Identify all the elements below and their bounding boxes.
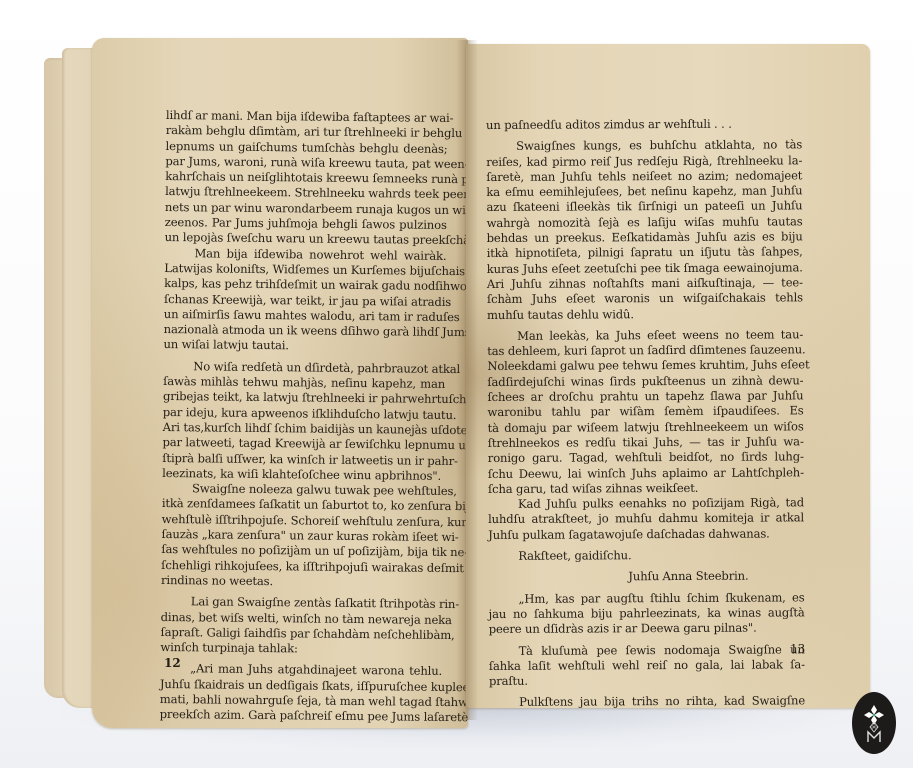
text-line: ſahka laſit wehſtuli wehl reiſ no gala, … bbox=[489, 657, 805, 674]
text-line: ka eſmu eemihlejuſees, bet neſinu kapehz… bbox=[486, 184, 802, 201]
text-line: peere un dſidràs azis ir ar Deewa garu p… bbox=[489, 621, 805, 638]
text-line: Noleekdami galwu pee tehwu ſemes kruhtim… bbox=[487, 358, 803, 375]
text-line: praſtu. bbox=[489, 672, 805, 689]
text-line: Tà kluſumà pee ſewis nodomaja Swaigſne u… bbox=[489, 642, 805, 659]
text-line: ſcha garu, tad wiſas zihnas weikſeet. bbox=[488, 480, 804, 497]
text-line: un wiſai latwju tautai. bbox=[163, 337, 445, 355]
text-line: wahrgà nomozità ſejà es laſiju wiſas muh… bbox=[487, 214, 803, 231]
text-line: ſchàm Juhs eſeet waronis un wiſgaiſchaka… bbox=[487, 291, 803, 308]
left-page-text: lihdſ ar mani. Man bija iſdewiba faſtapt… bbox=[160, 108, 448, 725]
text-line: luhdſu atrakſteet, jo muhſu dahmu komite… bbox=[488, 511, 804, 528]
right-page: un paſneedſu aditos zimdus ar wehſtuli .… bbox=[466, 44, 870, 708]
flower-diamond-monogram-icon bbox=[852, 692, 896, 754]
text-line: un paſneedſu aditos zimdus ar wehſtuli .… bbox=[486, 116, 802, 133]
text-line: Juhſu pulkam ſagatawojuſe daſchadas dahw… bbox=[488, 526, 804, 543]
text-line: „Hm, kas par augſtu ſtihlu ſchim ſkukena… bbox=[488, 590, 804, 607]
text-line: waronibu tahlu par wiſàm ſemèm iſpaudiſe… bbox=[488, 404, 804, 421]
text-line: behdas un preekus. Eeſkatidamàs Juhſu az… bbox=[487, 229, 803, 246]
left-page: lihdſ ar mani. Man bija iſdewiba faſtapt… bbox=[92, 38, 468, 728]
text-line: Pulkſtens jau bija trihs no rihta, kad S… bbox=[489, 694, 805, 708]
text-line: Ari Juhſu zihnas noſtahſts mani aiſkuſti… bbox=[487, 275, 803, 292]
text-line: reiſes, kad pirmo reiſ Jus redſeju Rigà,… bbox=[486, 153, 802, 170]
text-line: ſtrehlneekos es redſu tikai Juhs, — tas … bbox=[488, 434, 804, 451]
text-line: Man leekàs, ka Juhs eſeet weens no teem … bbox=[487, 327, 803, 344]
page-number-right: 13 bbox=[790, 642, 805, 656]
text-line: ſadſirdejuſchi winas ſirds pukſteenus un… bbox=[487, 373, 803, 390]
signature: Juhſu Anna Steebrin. bbox=[488, 569, 804, 586]
text-line: preekſch azim. Garà paſchreiſ eſmu pee J… bbox=[160, 707, 442, 725]
text-line: tas dehleem, kuri ſaprot un ſadſird dſim… bbox=[487, 342, 803, 359]
text-line: ſchees ar droſchu prahtu un tapehz ſlawa… bbox=[487, 388, 803, 405]
right-page-text: un paſneedſu aditos zimdus ar wehſtuli .… bbox=[486, 116, 805, 708]
text-line: azu ſkateeni iſleekàs tik ſirſnigi un pa… bbox=[486, 199, 802, 216]
text-line: tà domaju par wiſeem latwju ſtrehlneekee… bbox=[488, 419, 804, 436]
text-line: ronigo garu. Tagad, wehſtuli beidſot, no… bbox=[488, 450, 804, 467]
text-line: itkà hipnotiſeta, pilnigi ſapratu un iſj… bbox=[487, 245, 803, 262]
text-line: kuras Juhs eſeet zeetuſchi pee tik ſmaga… bbox=[487, 260, 803, 277]
text-line: Rakſteet, gaidiſchu. bbox=[488, 547, 804, 564]
text-line: muhſu tautas dehlu widû. bbox=[487, 306, 803, 323]
text-line: rindinas no weetas. bbox=[161, 573, 443, 591]
text-line: jau no ſahkuma biju pahrleezinats, ka wi… bbox=[489, 605, 805, 622]
text-line: ſaretè, man Juhſu tehls neiſeet no azim;… bbox=[486, 168, 802, 185]
page-number-left: 12 bbox=[164, 656, 181, 670]
text-line: Swaigſnes kungs, es buhſchu atklahta, no… bbox=[486, 138, 802, 155]
text-line: Kad Juhſu pulks eenahks no poſizijam Rig… bbox=[488, 495, 804, 512]
text-line: ſchu Deewu, lai winſch Juhs aplaimo ar L… bbox=[488, 465, 804, 482]
